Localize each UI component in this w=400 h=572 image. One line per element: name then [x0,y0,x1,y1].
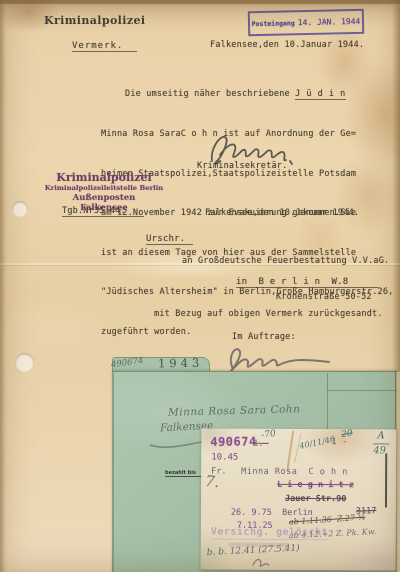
body-line-1-emphasis: J ü d i n [295,89,346,100]
slip-pencil-squiggle [251,557,271,569]
slip-letter-a: A [377,430,384,441]
signature-ink-scribble [205,131,297,167]
slip-birth-line: 26. 9.75 Berlin [231,508,313,518]
scanned-document-page: Kriminalpolizei Posteingang 14. JAN. 194… [0,0,400,572]
slip-struck-number: 3117 [356,506,377,517]
slip-green-49: 49 [373,445,386,456]
dateline-top: Falkensee,den 10.Januar 1944. [210,40,364,50]
card-year-label: 1943 [158,356,204,371]
posteingang-stamp-date: 14. JAN. 1944 [298,17,361,27]
posteingang-stamp-label: Posteingang [252,19,295,28]
slip-struck-city: L i e g n i t z [277,480,354,490]
body-line-1: Die umseitig näher beschriebene J ü d i … [101,88,393,101]
rust-streak [286,431,294,471]
letterhead-kriminalpolizei: Kriminalpolizei [44,14,145,27]
slip-green-scribble: 40/11/46 [299,435,336,451]
forward-note-line: mit Bezug auf obigen Vermerk zurückgesan… [154,309,383,319]
registration-slip: 490674 10.45 Fr. Minna Rosa C o h n L i … [201,428,397,570]
forward-to-line: an Großdeutsche Feuerbestattung V.V.aG. [182,256,389,266]
slip-name: Minna Rosa C o h n [241,467,348,478]
slip-versichg-stamp: Versichg. gelöscht [211,527,328,541]
tgb-number: Tgb.Nr35.44. [62,206,144,217]
im-auftrage-label: Im Auftrage: [232,332,296,342]
dateline-mid: Falkensee,den 10.Januar 1944. [205,208,359,218]
card-vertical-rule [327,373,328,430]
slip-time: 10.45 [211,453,238,463]
vermerk-label: Vermerk. [72,41,137,52]
card-bezahlt-label: bezahlt bis [165,470,204,477]
posteingang-stamp: Posteingang 14. JAN. 1944 [248,9,364,36]
office-stamp-line-1: Kriminalpolizei [54,171,154,184]
slip-right-border-mark [385,453,387,507]
slip-salutation: Fr. [211,467,226,477]
urschrift-label: Urschr. [146,234,193,245]
slip-struck-amount: 1.— [253,439,268,449]
slip-number: 490674 [210,434,257,449]
forward-city-line: in B e r l i n W.8 [236,277,378,288]
slip-amount-one: 1 - [331,437,347,447]
office-stamp-line-2: Kriminalpolizeileitstelle Berlin [44,184,164,192]
card-horizontal-rule [327,390,397,391]
punch-hole-bottom [15,353,34,372]
forward-street-line: Kronenstraße 50-52 [276,292,372,302]
body-line-1-pre: Die umseitig näher beschriebene [125,89,295,99]
slip-struck-street: Jauer Str.90 [285,494,346,504]
punch-hole-top [12,201,28,217]
slip-fraction-bar [373,443,389,444]
